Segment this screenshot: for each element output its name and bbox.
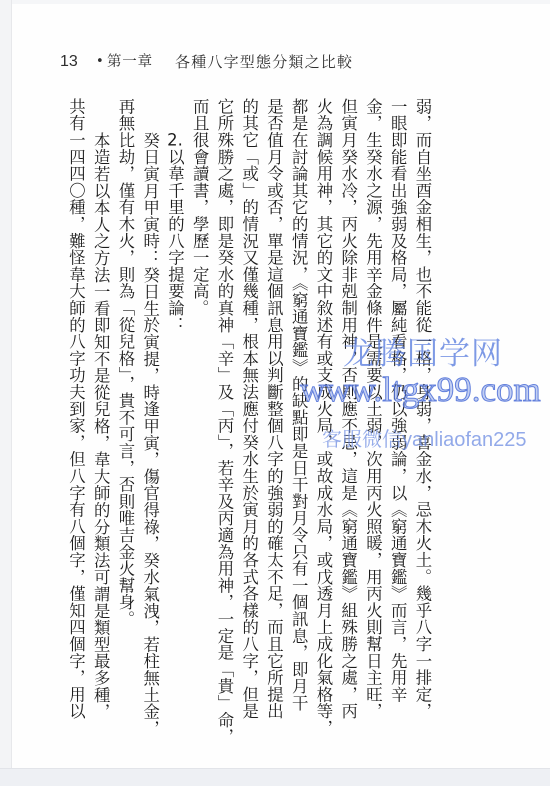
text-column: 都是在討論其它的情況，《窮通寶鑑》的缺點即是日干對月令只有一個訊息，即月干 <box>286 98 311 738</box>
bottom-scan-margin <box>0 768 550 786</box>
text-column: 是否值月令或否，單是這個訊息用以判斷整個八字的強弱的確太不足，而且它所提出 <box>261 98 286 738</box>
chapter-title: 各種八字型態分類之比較 <box>175 53 353 71</box>
paragraph-chart-description: 癸日寅月甲寅時：癸日生於寅提，時逢甲寅，傷官得祿，癸水氣洩，若柱無土金， 再無比… <box>112 98 162 738</box>
text-column: 而且很會讀書，學歷一定高。 <box>187 98 212 738</box>
text-column: 的其它「或」的情況又僅幾種，根本無法應付癸水生於寅月的各式各樣的八字，但是 <box>236 98 261 738</box>
text-column: 癸日寅月甲寅時：癸日生於寅提，時逢甲寅，傷官得祿，癸水氣洩，若柱無土金， <box>137 98 162 738</box>
paragraph-continued: 弱，而自坐酉金相生，也不能從一格，身弱，喜金水，忌木火土。幾乎八字一排定， 一眼… <box>187 98 435 738</box>
left-scan-margin <box>0 0 12 768</box>
chapter-label: 第一章 <box>107 53 153 71</box>
text-column: 本造若以本人之方法一看即知不是從兒格，韋大師的分類法可謂是類型最多種， <box>88 98 113 738</box>
page-number: 13 <box>60 53 78 71</box>
header-bullet-icon: • <box>96 53 104 71</box>
text-column: 它所殊勝之處，即是癸水的真神「辛」及「丙」，若辛及丙適為用神，一定是「貴」命， <box>211 98 236 738</box>
text-column: 再無比劫，僅有木火，則為「從兒格」，貴不可言，否則唯吉金火幫身。 <box>112 98 137 738</box>
text-column: 一眼即能看出強弱及格局，屬純看格，仍以強弱論，以《窮通寶鑑》而言，先用辛 <box>385 98 410 738</box>
scanned-book-page: 13 • 第一章 各種八字型態分類之比較 弱，而自坐酉金相生，也不能從一格，身弱… <box>0 0 550 786</box>
text-column: 弱，而自坐酉金相生，也不能從一格，身弱，喜金水，忌木火土。幾乎八字一排定， <box>409 98 434 738</box>
text-column: 金，生癸水之源，先用辛金條件是需要以土弱，次用丙火照暖，用丙火則幫日主旺， <box>360 98 385 738</box>
top-scan-edge <box>0 0 550 4</box>
section-heading: 2.以韋千里的八字提要論： <box>162 98 187 738</box>
section-heading-text: 以韋千里的八字提要論： <box>166 148 185 333</box>
section-number: 2. <box>166 132 185 148</box>
text-column: 火為調候用神，其它的文中敘述有或支成火局，或故成水局，或戊透月上成化氣格等， <box>310 98 335 738</box>
paragraph-commentary: 本造若以本人之方法一看即知不是從兒格，韋大師的分類法可謂是類型最多種， 共有一四… <box>63 98 113 738</box>
body-text: 弱，而自坐酉金相生，也不能從一格，身弱，喜金水，忌木火土。幾乎八字一排定， 一眼… <box>63 98 434 738</box>
text-column: 但寅月癸水冷，丙火除非剋制用神，否則應不忌，這是《窮通寶鑑》組殊勝之處，丙 <box>335 98 360 738</box>
text-column: 共有一四四〇種，難怪韋大師的八字功夫到家，但八字有八個字，僅知四個字，用以 <box>63 98 88 738</box>
